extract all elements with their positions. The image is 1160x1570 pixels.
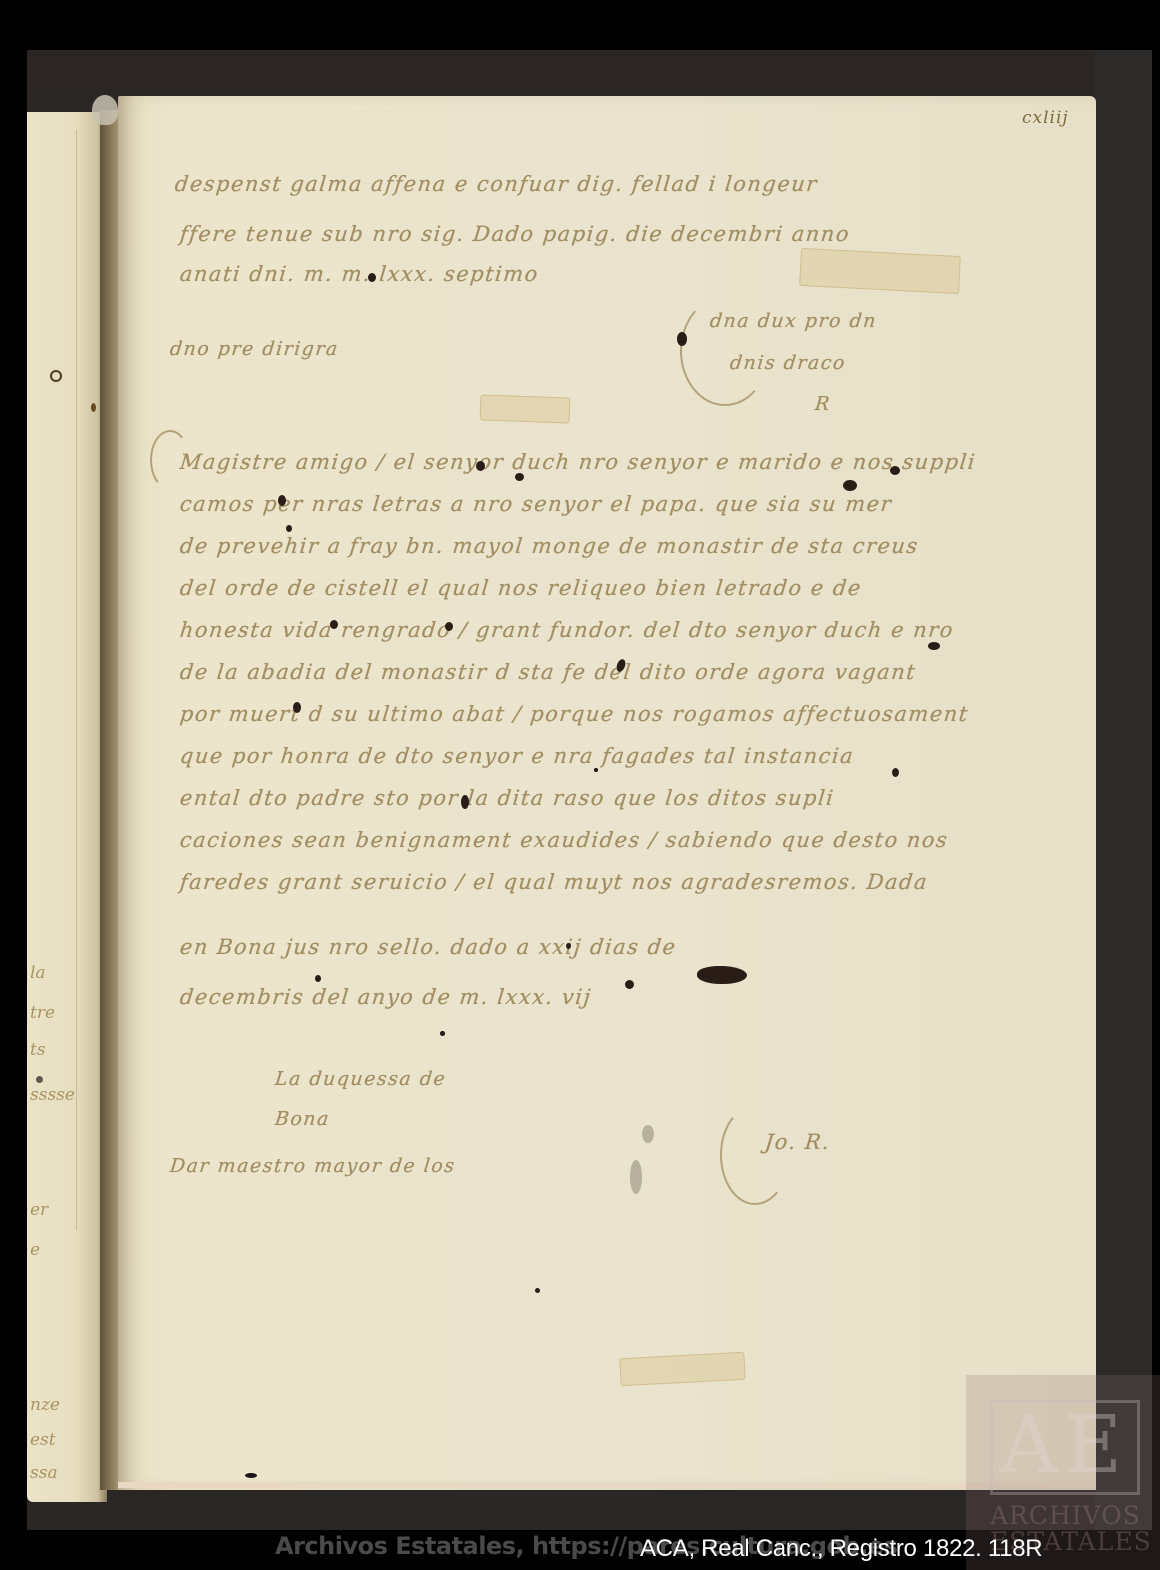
- folio-bottom-edge: [118, 1482, 1096, 1488]
- ink-blot: [890, 466, 900, 475]
- left-margin-text: nze: [30, 1395, 60, 1415]
- manuscript-address: dno pre dirigra: [169, 338, 340, 360]
- manuscript-line: honesta vida rengrado / grant fundor. de…: [179, 618, 956, 642]
- manuscript-line: caciones sean benignament exaudides / sa…: [179, 828, 950, 852]
- left-margin-text: sssse: [30, 1085, 75, 1105]
- binding-hole: [50, 370, 62, 382]
- manuscript-line: faredes grant seruicio / el qual muyt no…: [179, 870, 930, 894]
- ink-blot: [278, 495, 286, 506]
- ink-blot: [368, 273, 376, 282]
- wax-mark: [642, 1125, 654, 1143]
- left-margin-text: tre: [30, 1003, 55, 1023]
- paper-stain: [480, 394, 571, 423]
- manuscript-line: ffere tenue sub nro sig. Dado papig. die…: [179, 222, 852, 246]
- ink-spot: [594, 768, 598, 772]
- left-page-fold: [27, 130, 77, 1230]
- marginal-note: dna dux pro dn: [709, 310, 878, 332]
- left-margin-text: ts: [30, 1040, 46, 1060]
- folio-number: cxliij: [1022, 108, 1069, 128]
- ink-spot: [566, 943, 571, 949]
- marginal-note: dnis draco: [729, 352, 847, 374]
- ink-blot: [315, 975, 321, 982]
- ink-blot: [476, 461, 485, 471]
- watermark-logo: AE: [1000, 1398, 1128, 1491]
- paper-tear: [245, 1473, 257, 1478]
- ink-spot: [440, 1031, 445, 1036]
- ink-blot: [928, 642, 940, 650]
- ink-blot: [445, 622, 453, 631]
- ink-blot: [677, 332, 687, 346]
- manuscript-line: que por honra de dto senyor e nra fagade…: [179, 744, 856, 768]
- left-margin-text: er: [30, 1200, 48, 1220]
- left-margin-text: la: [30, 963, 46, 983]
- ink-spot: [91, 403, 96, 412]
- ink-blot: [293, 702, 301, 713]
- ink-blot: [625, 980, 634, 989]
- manuscript-line: camos per nras letras a nro senyor el pa…: [179, 492, 894, 516]
- manuscript-line: anati dni. m. m. lxxx. septimo: [179, 262, 540, 286]
- left-margin-text: est: [30, 1430, 56, 1450]
- left-margin-text: e: [30, 1240, 40, 1260]
- ink-blot: [843, 480, 857, 491]
- ink-blot: [461, 795, 469, 809]
- binding-thread: [92, 95, 118, 125]
- ink-blot: [892, 768, 899, 777]
- archival-reference: ACA, Real Canc., Registro 1822. 118R: [640, 1535, 1042, 1563]
- signature: Jo. R.: [764, 1130, 832, 1154]
- manuscript-line: en Bona jus nro sello. dado a xxij dias …: [179, 935, 678, 959]
- closing-line: Bona: [274, 1108, 331, 1130]
- wax-mark: [630, 1160, 642, 1194]
- ink-spot: [36, 1076, 43, 1083]
- closing-line: La duquessa de: [274, 1068, 448, 1090]
- manuscript-line: ental dto padre sto por la dita raso que…: [179, 786, 836, 810]
- ink-spot: [535, 1288, 540, 1293]
- manuscript-line: de prevehir a fray bn. mayol monge de mo…: [179, 534, 920, 558]
- ink-blot: [286, 525, 292, 532]
- manuscript-line: despenst galma affena e confuar dig. fel…: [174, 172, 819, 196]
- signature-flourish: [720, 1105, 790, 1205]
- binding-right-edge: [1095, 50, 1152, 1530]
- ink-blot: [515, 473, 524, 481]
- image-viewer: la tre ts sssse er e nze est ssa cxliij …: [0, 0, 1160, 1570]
- ink-blot: [330, 620, 338, 629]
- manuscript-line: Magistre amigo / el senyor duch nro seny…: [179, 450, 978, 474]
- marginal-note: R: [814, 393, 832, 415]
- watermark-line: ARCHIVOS: [990, 1503, 1152, 1529]
- closing-line: Dar maestro mayor de los: [169, 1155, 457, 1177]
- ink-blot-large: [697, 966, 747, 984]
- left-margin-text: ssa: [30, 1463, 58, 1483]
- manuscript-line: decembris del anyo de m. lxxx. vij: [179, 985, 593, 1009]
- manuscript-line: de la abadia del monastir d sta fe del d…: [179, 660, 918, 684]
- manuscript-line: del orde de cistell el qual nos reliqueo…: [179, 576, 863, 600]
